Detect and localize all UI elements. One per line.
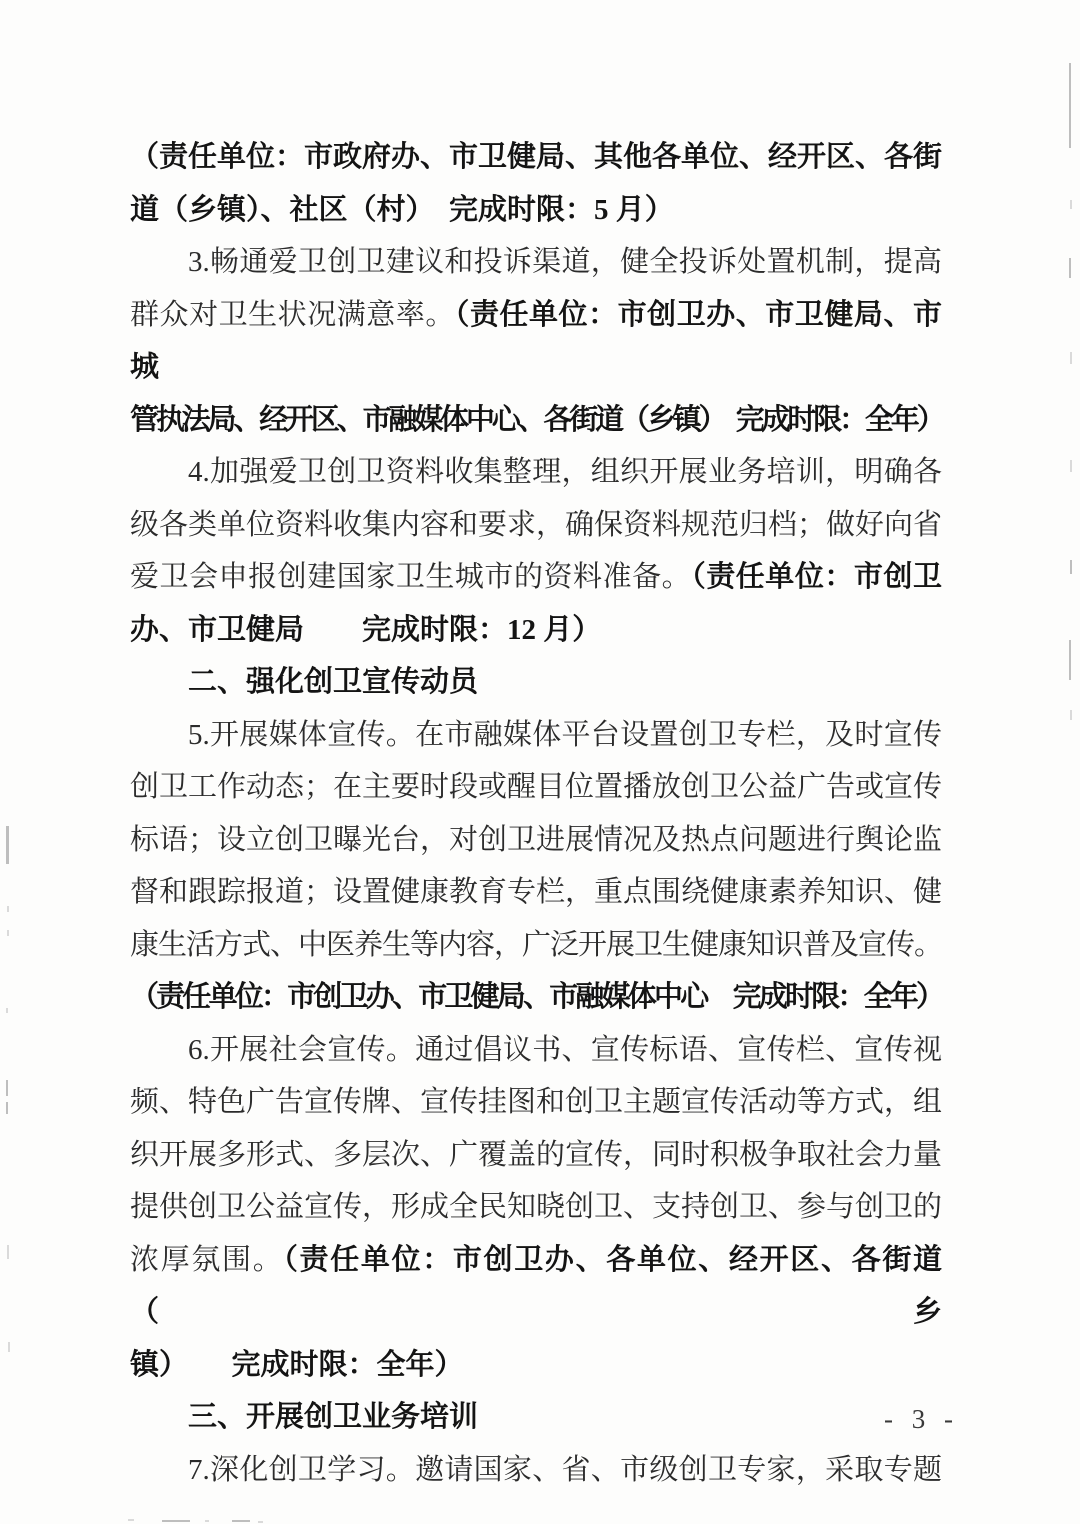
text-line: 浓厚氛围。（责任单位：市创卫办、各单位、经开区、各街道（乡 — [130, 1234, 942, 1339]
text-run: 级各类单位资料收集内容和要求，确保资料规范归档；做好向省 — [130, 509, 942, 541]
text-run: 管执法局、经开区、市融媒体中心、各街道（乡镇） 完成时限：全年） — [130, 404, 942, 436]
text-line: （责任单位：市创卫办、市卫健局、市融媒体中心 完成时限：全年） — [130, 971, 942, 1024]
scan-artifact — [1069, 640, 1071, 680]
text-run: 群众对卫生状况满意率。 — [130, 299, 455, 331]
scan-artifact — [7, 930, 9, 936]
document-page: （责任单位：市政府办、市卫健局、其他各单位、经开区、各街道（乡镇）、社区（村） … — [0, 0, 1080, 1524]
text-line: 6.开展社会宣传。通过倡议书、宣传标语、宣传栏、宣传视 — [130, 1024, 942, 1077]
text-line: 织开展多形式、多层次、广覆盖的宣传，同时积极争取社会力量 — [130, 1129, 942, 1182]
scan-artifact — [258, 1521, 263, 1523]
text-line: 提供创卫公益宣传，形成全民知晓创卫、支持创卫、参与创卫的 — [130, 1181, 942, 1234]
scan-artifact — [6, 1102, 8, 1114]
text-run: 浓厚氛围。 — [130, 1244, 283, 1276]
scan-artifact — [1070, 352, 1072, 364]
text-line: 7.深化创卫学习。邀请国家、省、市级创卫专家，采取专题 — [130, 1444, 942, 1497]
text-run: 3.畅通爱卫创卫建议和投诉渠道，健全投诉处置机制，提高 — [188, 246, 942, 278]
text-line: 爱卫会申报创建国家卫生城市的资料准备。（责任单位：市创卫 — [130, 551, 942, 604]
text-run: 6.开展社会宣传。通过倡议书、宣传标语、宣传栏、宣传视 — [188, 1034, 942, 1066]
text-run: 提供创卫公益宣传，形成全民知晓创卫、支持创卫、参与创卫的 — [130, 1191, 942, 1223]
document-body: （责任单位：市政府办、市卫健局、其他各单位、经开区、各街道（乡镇）、社区（村） … — [130, 131, 942, 1496]
text-line: 康生活方式、中医养生等内容，广泛开展卫生健康知识普及宣传。 — [130, 919, 942, 972]
text-run: 织开展多形式、多层次、广覆盖的宣传，同时积极争取社会力量 — [130, 1139, 942, 1171]
scan-artifact — [6, 826, 9, 864]
text-line: 5.开展媒体宣传。在市融媒体平台设置创卫专栏，及时宣传 — [130, 709, 942, 762]
text-line: 3.畅通爱卫创卫建议和投诉渠道，健全投诉处置机制，提高 — [130, 236, 942, 289]
text-run: 康生活方式、中医养生等内容，广泛开展卫生健康知识普及宣传。 — [130, 929, 942, 961]
text-run: 二、强化创卫宣传动员 — [188, 666, 478, 698]
section-heading: 二、强化创卫宣传动员 — [130, 656, 942, 709]
text-line: 镇） 完成时限：全年） — [130, 1339, 942, 1392]
text-line: 频、特色广告宣传牌、宣传挂图和创卫主题宣传活动等方式，组 — [130, 1076, 942, 1129]
text-run: 4.加强爱卫创卫资料收集整理，组织开展业务培训，明确各 — [188, 456, 942, 488]
scan-artifact — [1070, 560, 1072, 574]
text-run: 爱卫会申报创建国家卫生城市的资料准备。 — [130, 561, 691, 593]
scan-artifact — [205, 1520, 209, 1522]
text-run: 镇） 完成时限：全年） — [130, 1349, 464, 1381]
scan-artifact — [1070, 460, 1072, 472]
text-run: 7.深化创卫学习。邀请国家、省、市级创卫专家，采取专题 — [188, 1454, 942, 1486]
scan-artifact — [128, 1519, 134, 1521]
scan-artifact — [7, 906, 9, 912]
text-line: 级各类单位资料收集内容和要求，确保资料规范归档；做好向省 — [130, 499, 942, 552]
text-run: 督和跟踪报道；设置健康教育专栏，重点围绕健康素养知识、健 — [130, 876, 942, 908]
scan-artifact — [8, 1342, 10, 1352]
scan-artifact — [7, 1245, 9, 1259]
text-run: 创卫工作动态；在主要时段或醒目位置播放创卫公益广告或宣传 — [130, 771, 942, 803]
text-run: 5.开展媒体宣传。在市融媒体平台设置创卫专栏，及时宣传 — [188, 719, 942, 751]
text-run: 频、特色广告宣传牌、宣传挂图和创卫主题宣传活动等方式，组 — [130, 1086, 942, 1118]
text-line: （责任单位：市政府办、市卫健局、其他各单位、经开区、各街 — [130, 131, 942, 184]
text-line: 管执法局、经开区、市融媒体中心、各街道（乡镇） 完成时限：全年） — [130, 394, 942, 447]
text-run: （责任单位：市政府办、市卫健局、其他各单位、经开区、各街 — [130, 141, 942, 173]
text-line: 督和跟踪报道；设置健康教育专栏，重点围绕健康素养知识、健 — [130, 866, 942, 919]
text-line: 群众对卫生状况满意率。（责任单位：市创卫办、市卫健局、市城 — [130, 289, 942, 394]
scan-artifact — [1070, 200, 1072, 209]
scan-artifact — [1070, 710, 1072, 720]
scan-artifact — [1069, 63, 1071, 148]
text-line: 4.加强爱卫创卫资料收集整理，组织开展业务培训，明确各 — [130, 446, 942, 499]
text-run: （责任单位：市创卫 — [691, 561, 942, 593]
scan-artifact — [162, 1520, 190, 1522]
scan-artifact — [6, 1080, 8, 1096]
text-run: 三、开展创卫业务培训 — [188, 1401, 478, 1433]
text-run: 道（乡镇）、社区（村） 完成时限：5 月） — [130, 194, 674, 226]
text-run: 办、市卫健局 完成时限：12 月） — [130, 614, 601, 646]
section-heading: 三、开展创卫业务培训 — [130, 1391, 942, 1444]
scan-artifact — [6, 1008, 8, 1013]
text-line: 办、市卫健局 完成时限：12 月） — [130, 604, 942, 657]
text-line: 创卫工作动态；在主要时段或醒目位置播放创卫公益广告或宣传 — [130, 761, 942, 814]
text-run: （责任单位：市创卫办、市卫健局、市融媒体中心 完成时限：全年） — [130, 981, 942, 1013]
scan-artifact — [232, 1520, 250, 1522]
text-run: 标语；设立创卫曝光台，对创卫进展情况及热点问题进行舆论监 — [130, 824, 942, 856]
page-number: - 3 - — [884, 1404, 959, 1435]
text-line: 道（乡镇）、社区（村） 完成时限：5 月） — [130, 184, 942, 237]
text-line: 标语；设立创卫曝光台，对创卫进展情况及热点问题进行舆论监 — [130, 814, 942, 867]
scan-artifact — [1069, 258, 1071, 278]
